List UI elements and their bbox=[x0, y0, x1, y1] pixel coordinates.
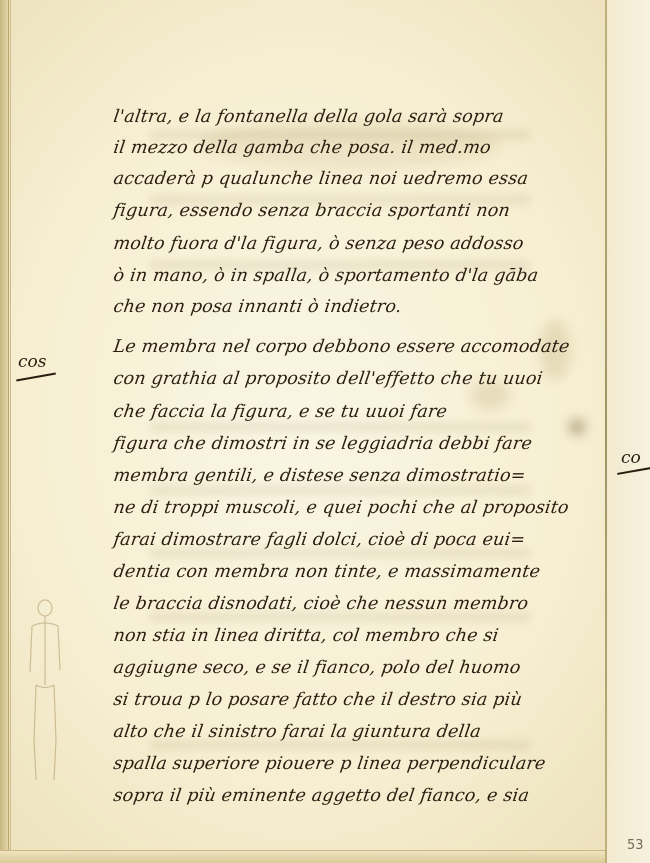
folio-number: 53 bbox=[627, 838, 644, 853]
figure-sketch-drawing bbox=[22, 590, 68, 790]
bleed-through-text bbox=[150, 422, 530, 432]
page-edge-left-inner bbox=[10, 0, 11, 863]
margin-note-right-text: co bbox=[621, 448, 641, 468]
text-line: alto che il sinistro farai la giuntura d… bbox=[112, 721, 482, 743]
facing-page-sliver bbox=[607, 0, 650, 863]
text-line: figura, essendo senza braccia sportanti … bbox=[112, 200, 512, 222]
margin-note-left: cos bbox=[18, 352, 46, 372]
text-line: l'altra, e la fontanella della gola sarà… bbox=[112, 106, 505, 128]
text-line: le braccia disnodati, cioè che nessun me… bbox=[112, 593, 530, 615]
gutter-fold bbox=[605, 0, 607, 863]
margin-note-left-text: cos bbox=[18, 352, 46, 372]
text-line: ne di troppi muscoli, e quei pochi che a… bbox=[112, 497, 570, 519]
text-line: membra gentili, e distese senza dimostra… bbox=[112, 465, 527, 487]
text-line: il mezzo della gamba che posa. il med.mo bbox=[112, 137, 492, 159]
text-line: dentia con membra non tinte, e massimame… bbox=[112, 561, 542, 583]
text-line: si troua p lo posare fatto che il destro… bbox=[112, 689, 523, 711]
text-line: molto fuora d'la figura, ò senza peso ad… bbox=[112, 233, 525, 255]
text-line: che non posa innanti ò indietro. bbox=[112, 296, 403, 318]
text-line: Le membra nel corpo debbono essere accom… bbox=[112, 336, 571, 358]
text-line: sopra il più eminente aggetto del fianco… bbox=[112, 785, 531, 807]
text-line: farai dimostrare fagli dolci, cioè di po… bbox=[112, 529, 527, 551]
ink-stain bbox=[570, 420, 584, 434]
text-line: ò in mano, ò in spalla, ò sportamento d'… bbox=[112, 265, 540, 287]
margin-note-right: co bbox=[621, 448, 641, 468]
page-edge-bottom bbox=[0, 850, 606, 863]
text-line: non stia in linea diritta, col membro ch… bbox=[112, 625, 500, 647]
text-line: che faccia la figura, e se tu uuoi fare bbox=[112, 401, 449, 423]
page-edge-left bbox=[0, 0, 9, 863]
text-line: aggiugne seco, e se il fianco, polo del … bbox=[112, 657, 522, 679]
text-line: con grathia al proposito dell'effetto ch… bbox=[112, 368, 544, 390]
text-line: accaderà p qualunche linea noi uedremo e… bbox=[112, 168, 530, 190]
text-line: spalla superiore piouere p linea perpend… bbox=[112, 753, 547, 775]
text-line: figura che dimostri in se leggiadria deb… bbox=[112, 433, 533, 455]
